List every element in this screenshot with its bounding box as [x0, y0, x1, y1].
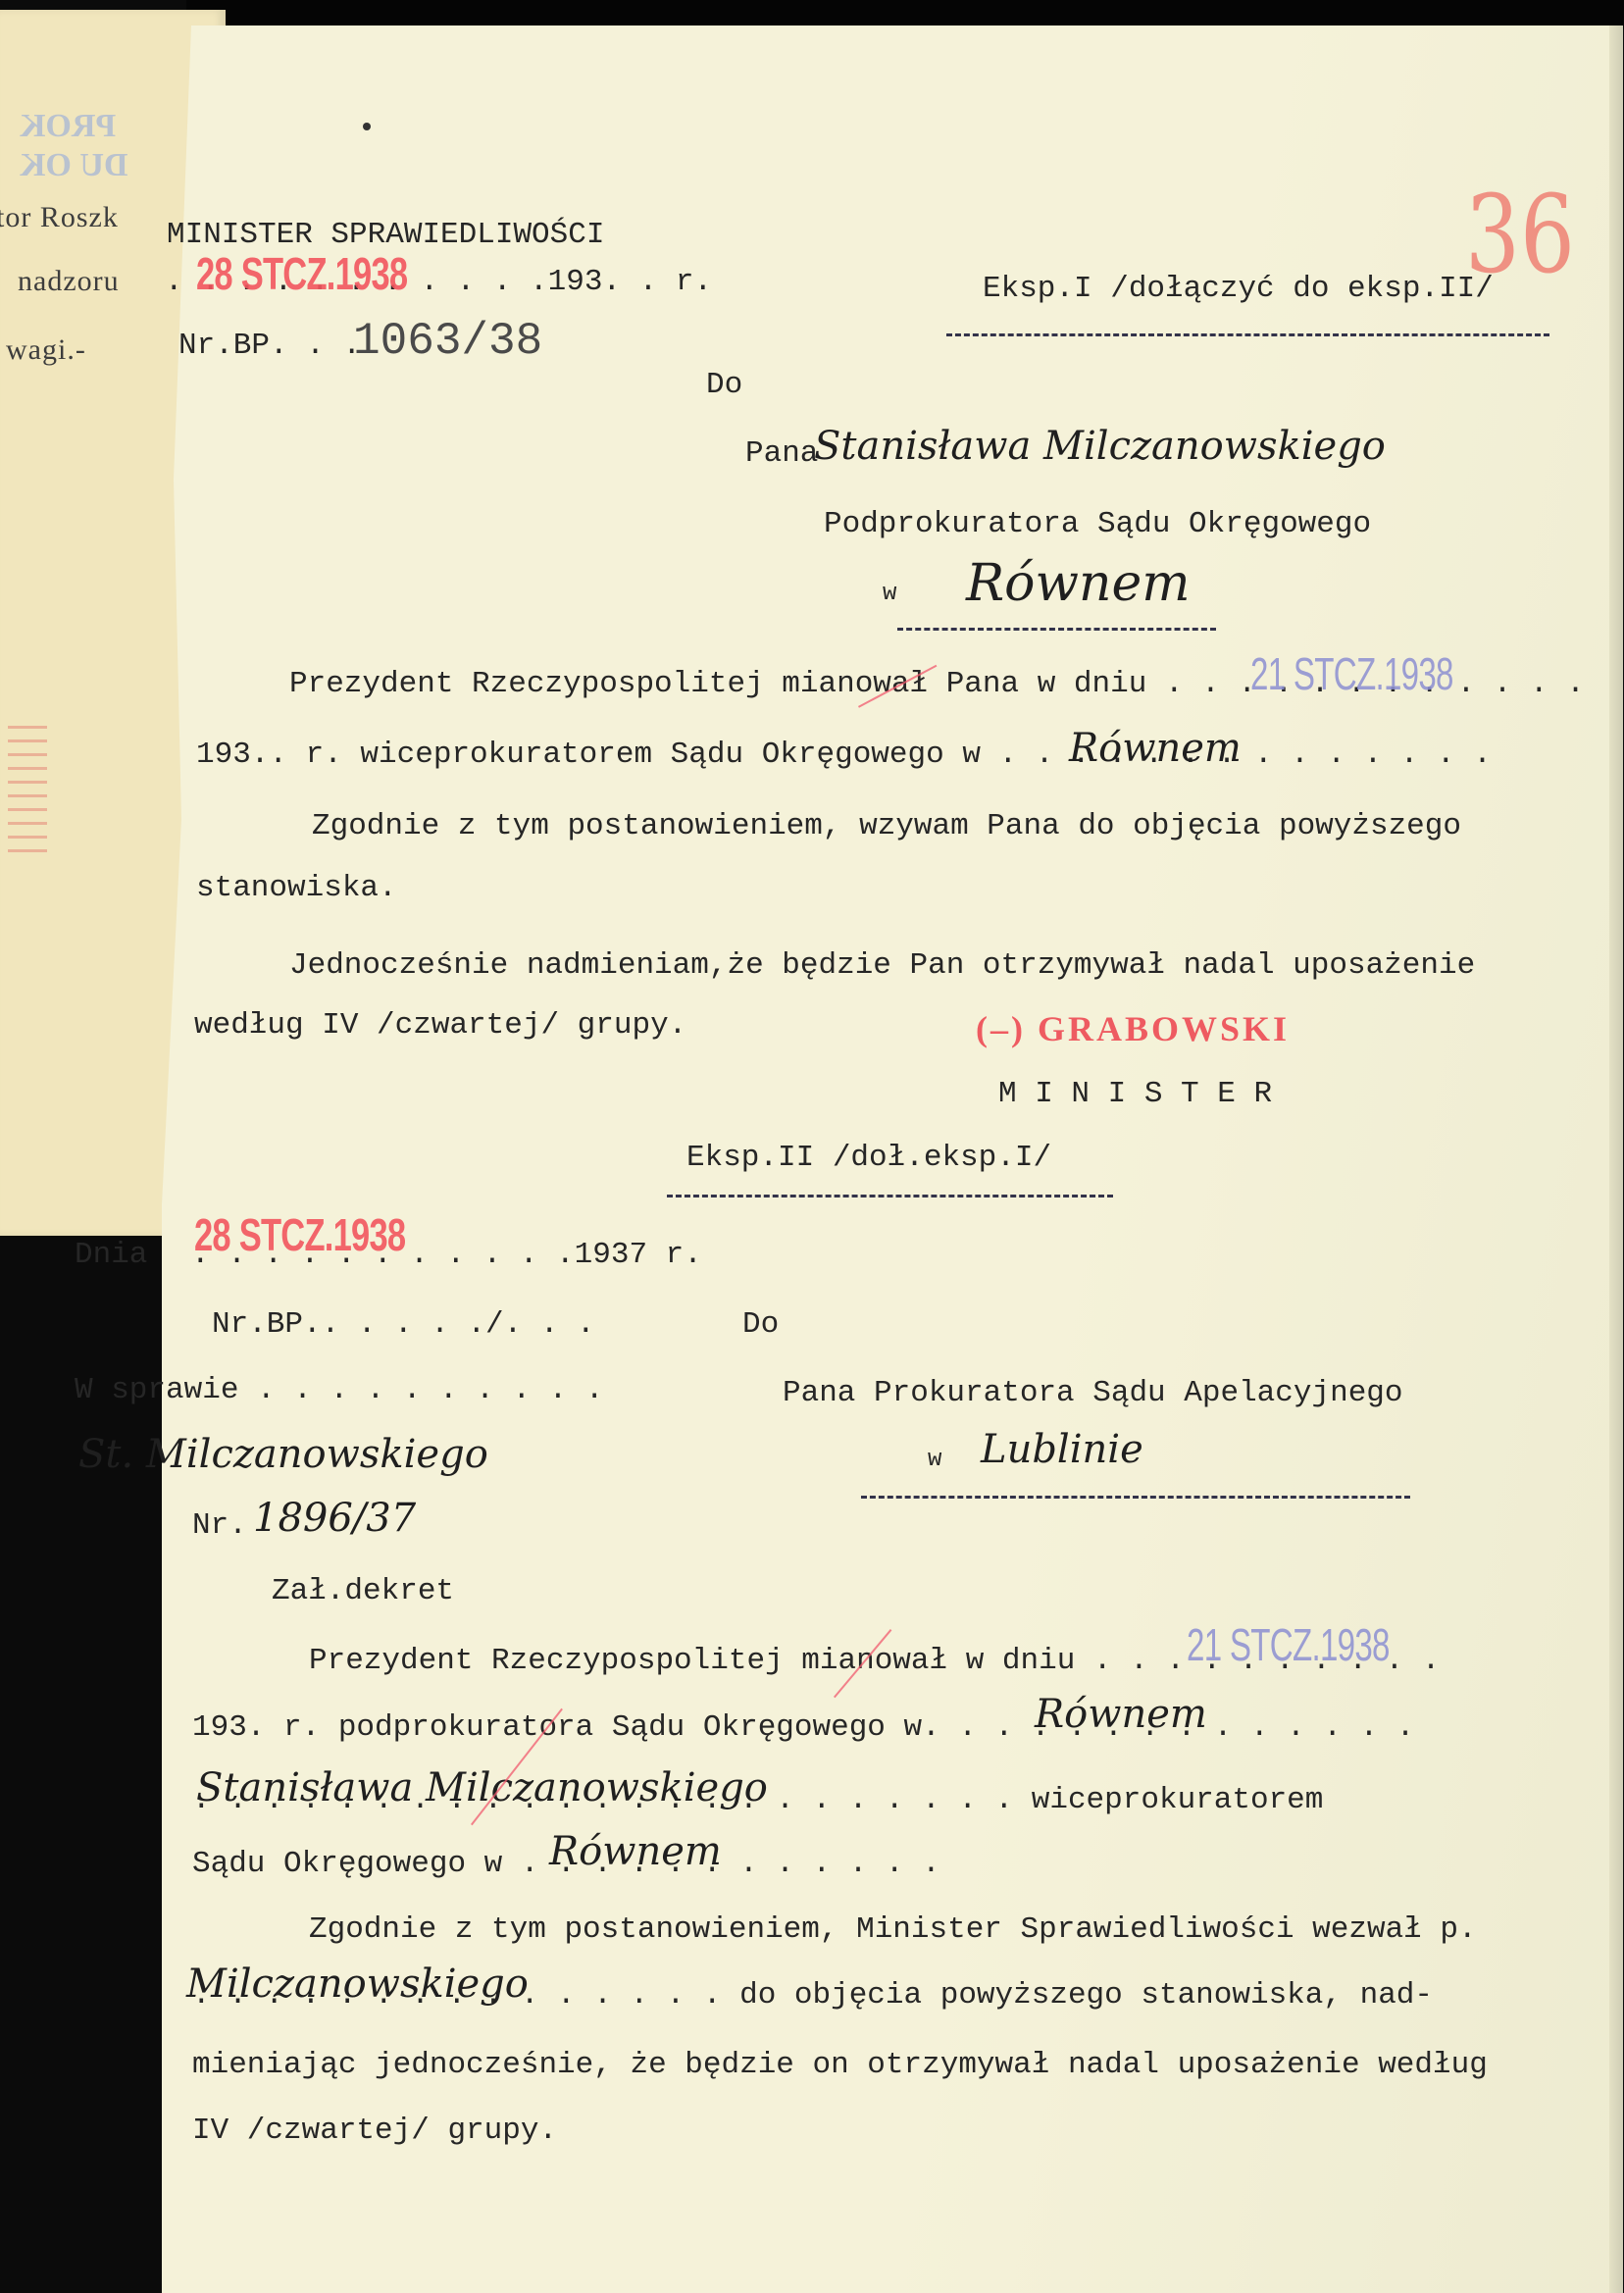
underlying-line-2: nadzoru: [18, 265, 120, 298]
letter2-handwritten-city-1: Równem: [1035, 1692, 1207, 1737]
letter1-location: Równem: [966, 554, 1191, 613]
letter1-body-line-4: stanowiska.: [196, 871, 397, 905]
header-ref-number: 1063/38: [353, 316, 542, 367]
letter1-addressee-prefix: Pana: [745, 436, 818, 471]
letter2-body-line-7: mieniając jednocześnie, że będzie on otr…: [192, 2048, 1488, 2082]
received-stamp-2: 28 STCZ.1938: [194, 1208, 405, 1261]
letter2-handwritten-surname: Milczanowskiego: [186, 1962, 529, 2007]
received-stamp-1: 28 STCZ.1938: [196, 247, 407, 300]
letter2-body-line-2: 193. r. podprokuratora Sądu Okręgowego w…: [192, 1710, 1414, 1745]
scan-top-border: [186, 0, 1624, 29]
ghost-header-2: DU OK: [20, 147, 128, 184]
letter2-matter-label: W sprawie . . . . . . . . . .: [75, 1373, 604, 1407]
underlying-line-1: tor Roszk: [0, 201, 119, 234]
letter2-case-number: 1896/37: [253, 1496, 416, 1541]
red-specks: [8, 726, 47, 853]
letter2-ref-label: Nr.BP.. . . . ./. . .: [212, 1307, 595, 1342]
letter2-addressee: Pana Prokuratora Sądu Apelacyjnego: [783, 1376, 1403, 1410]
ghost-header-1: PROK: [20, 108, 116, 145]
signature-stamp: (–) GRABOWSKI: [976, 1008, 1290, 1049]
expedition-note-2: Eksp.II /doł.eksp.I/: [686, 1141, 1051, 1175]
letter2-location-underline: [861, 1496, 1410, 1499]
signatory-title: M I N I S T E R: [998, 1077, 1272, 1111]
letter2-handwritten-full-name: Stanisława Milczanowskiego: [196, 1765, 768, 1810]
letter2-handwritten-city-2: Równem: [549, 1829, 722, 1874]
letter1-body-line-6: według IV /czwartej/ grupy.: [194, 1008, 686, 1043]
ink-speck: [363, 123, 371, 130]
letter2-matter-handwritten: St. Milczanowskiego: [78, 1432, 488, 1477]
letter1-handwritten-city: Równem: [1069, 726, 1242, 771]
letter2-appointment-stamp: 21 STCZ.1938: [1187, 1618, 1390, 1671]
expedition-underline-1: [946, 333, 1549, 336]
letter1-body-line-2: 193.. r. wiceprokuratorem Sądu Okręgoweg…: [196, 738, 1492, 772]
expedition-underline-2: [667, 1195, 1113, 1197]
letter2-date-label: Dnia: [75, 1238, 147, 1272]
folio-number: 36: [1465, 172, 1575, 297]
letter2-to-label: Do: [742, 1307, 779, 1342]
letter1-to-label: Do: [706, 368, 742, 402]
letter2-location: Lublinie: [981, 1427, 1143, 1472]
letter1-body-line-3: Zgodnie z tym postanowieniem, wzywam Pan…: [312, 809, 1461, 843]
letter2-body-line-5: Zgodnie z tym postanowieniem, Minister S…: [309, 1912, 1477, 1947]
letter2-location-prefix: w: [928, 1447, 941, 1473]
letter1-location-prefix: w: [883, 581, 896, 607]
letter2-case-label: Nr.: [192, 1508, 247, 1543]
letter1-location-underline: [897, 628, 1216, 631]
letter2-body-line-8: IV /czwartej/ grupy.: [192, 2114, 557, 2148]
page-edge: [1609, 25, 1623, 2293]
letter1-addressee-title: Podprokuratora Sądu Okręgowego: [824, 507, 1371, 541]
expedition-note-1: Eksp.I /dołączyć do eksp.II/: [983, 272, 1494, 306]
header-ref-label: Nr.BP. . .: [178, 329, 361, 363]
letter2-attachment: Zał.dekret: [272, 1574, 454, 1608]
letter1-appointment-stamp: 21 STCZ.1938: [1250, 647, 1453, 700]
underlying-line-3: wagi.-: [6, 333, 86, 367]
letter1-body-line-5: Jednocześnie nadmieniam,że będzie Pan ot…: [289, 948, 1475, 983]
letter1-addressee-name: Stanisława Milczanowskiego: [814, 424, 1386, 469]
